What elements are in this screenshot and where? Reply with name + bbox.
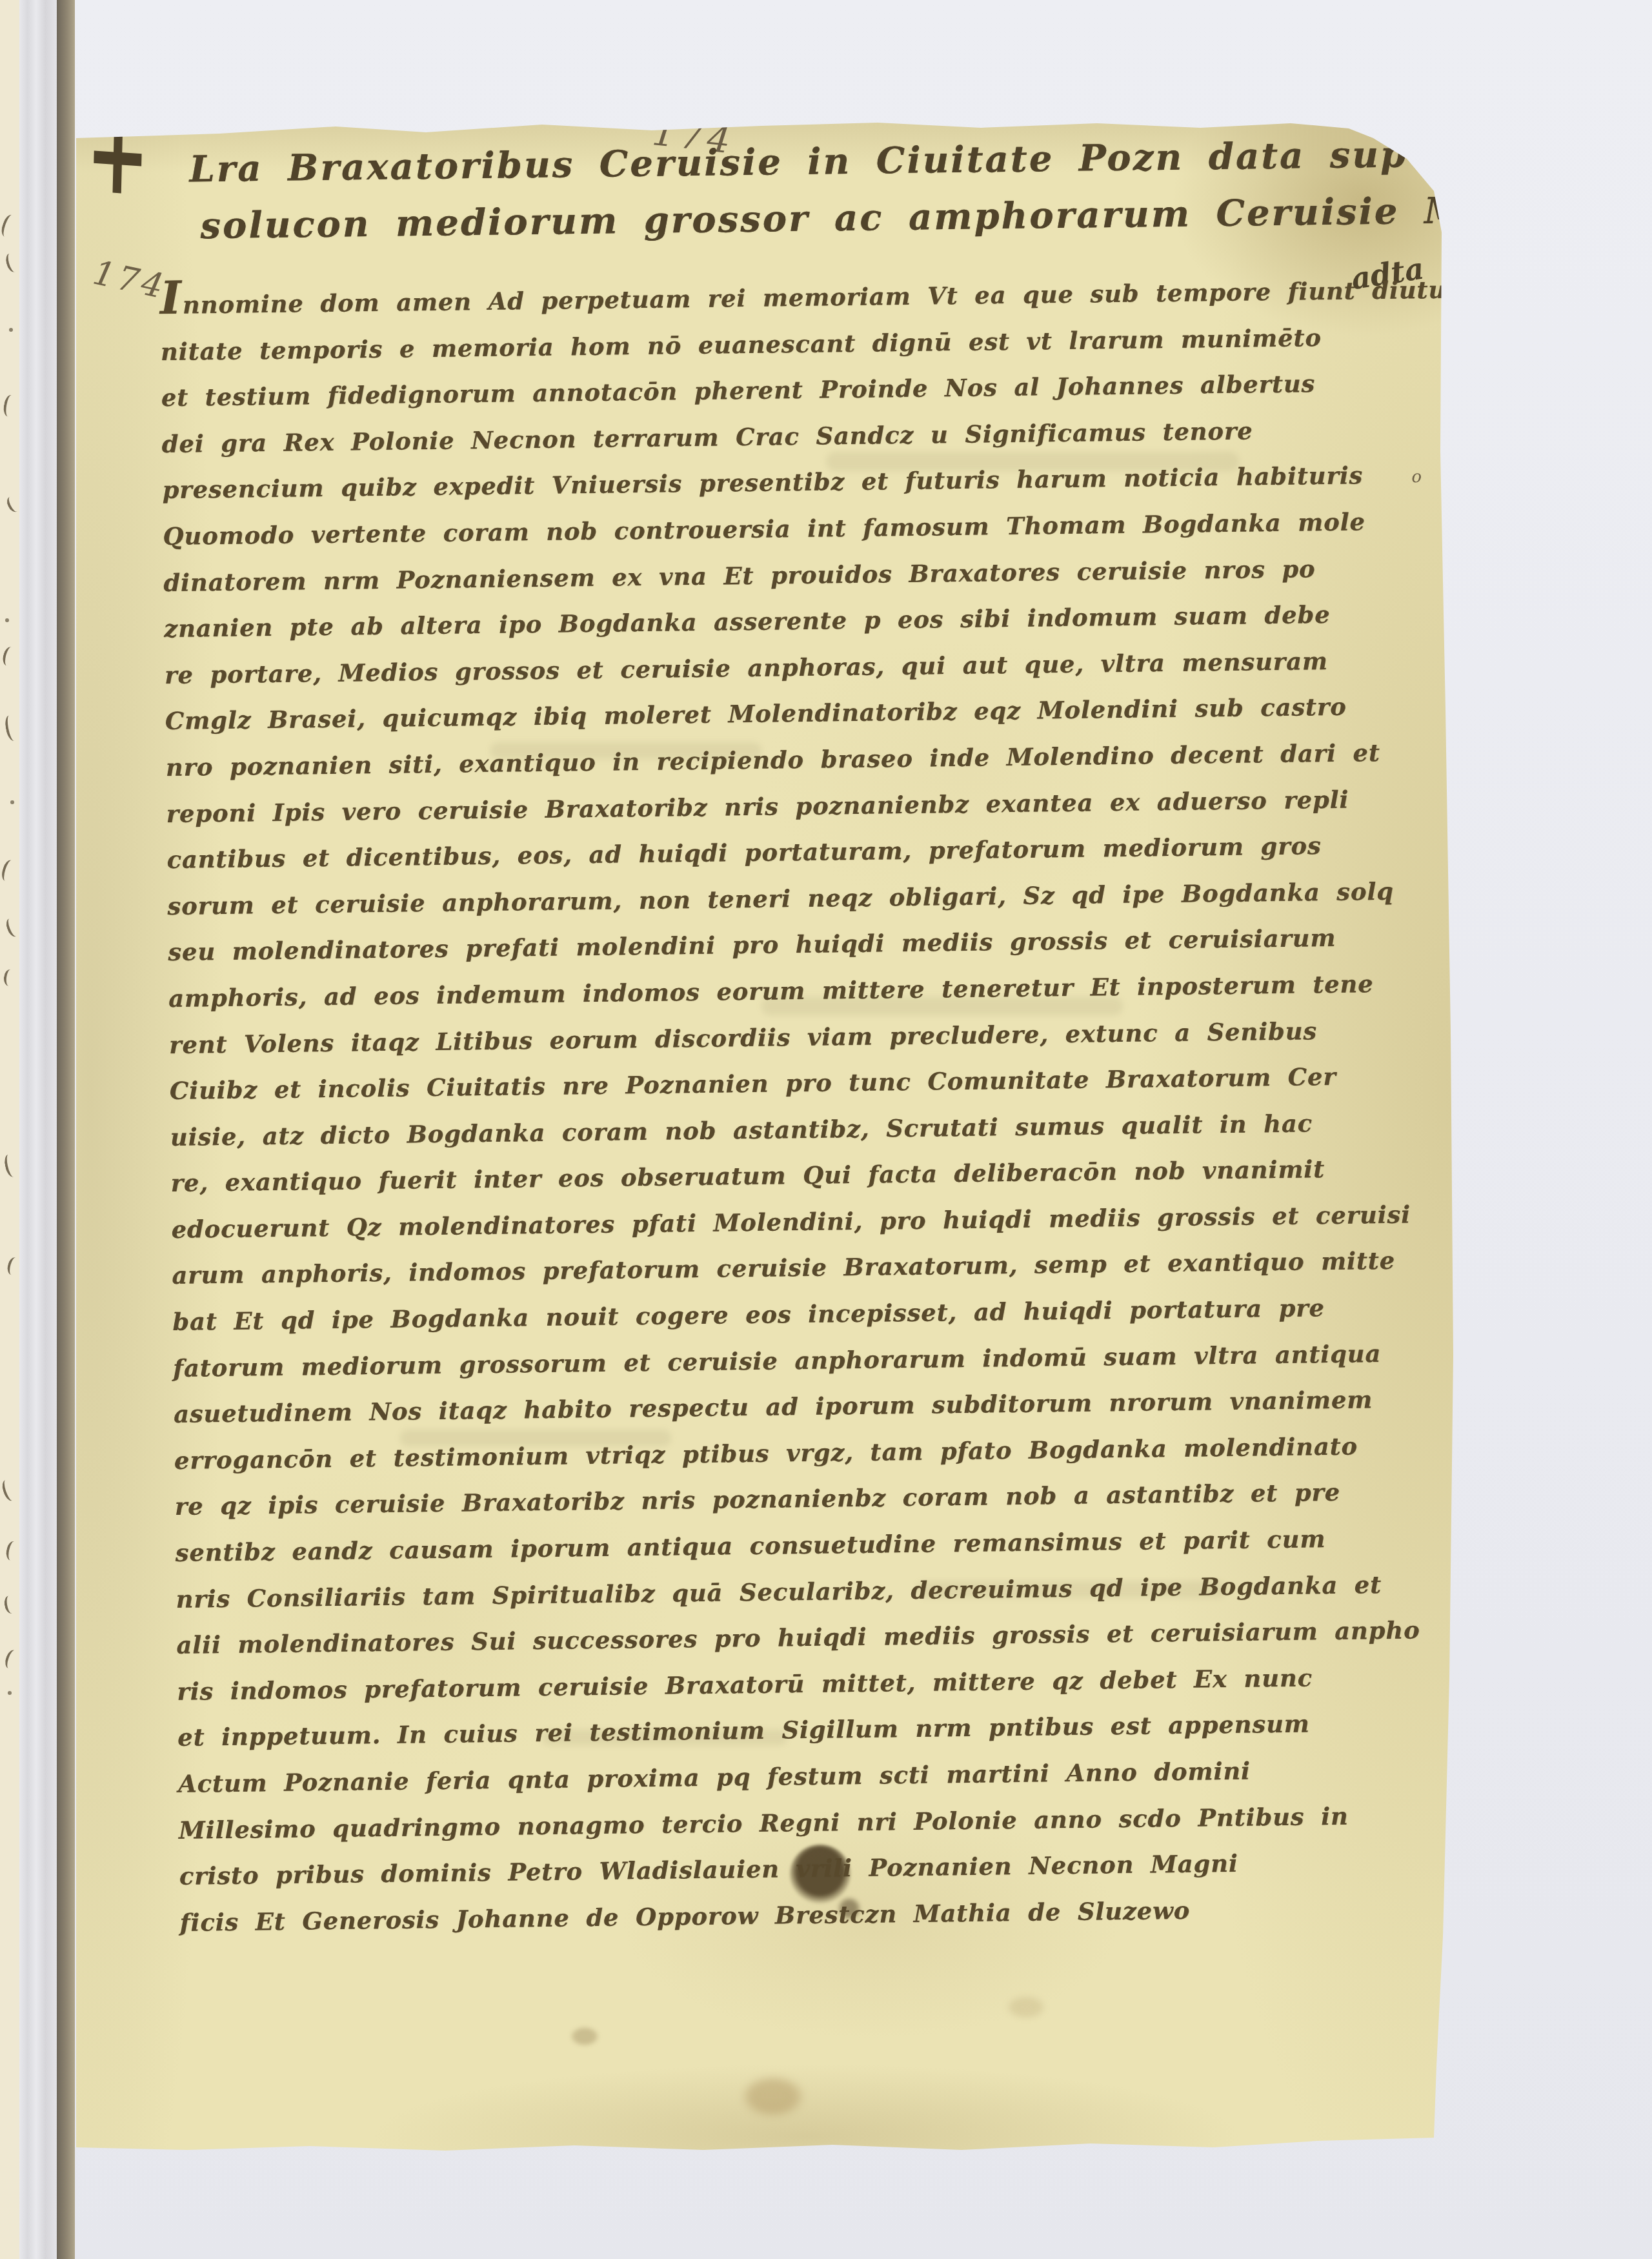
manuscript-page: + 174 Lra Braxatoribus Ceruisie in Ciuit… [0,0,1652,2259]
facing-page-edge [0,0,19,2259]
ink-fragment [0,213,18,239]
ink-fragment [8,1691,12,1695]
ink-fragment [4,252,20,274]
ink-fragment [4,714,20,742]
ink-fragment [2,394,17,418]
ink-fragment [1,645,17,667]
ink-layer: + 174 Lra Braxatoribus Ceruisie in Ciuit… [0,0,1652,2259]
ink-fragment [3,1595,17,1614]
ink-fragment [0,1478,18,1503]
body-text: Innomine dom amen Ad perpetuam rei memor… [160,267,1480,1946]
ink-fragment [9,328,13,332]
ink-fragment [3,1153,19,1179]
page-stack-edges [19,0,57,2259]
book-gutter [57,0,75,2259]
ink-fragment [0,858,17,883]
scan-background: + 174 Lra Braxatoribus Ceruisie in Ciuit… [0,0,1652,2259]
heading-line-2: solucon mediorum grossor ac amphorarum C… [200,187,1652,247]
ink-fragment [5,618,9,622]
ink-fragment [3,969,16,987]
ink-fragment [3,1648,20,1670]
cross-mark: + [85,97,151,212]
ink-fragment [5,1540,20,1561]
heading-line-1: Lra Braxatoribus Ceruisie in Ciuitate Po… [189,133,1408,190]
ink-fragment [10,800,14,804]
